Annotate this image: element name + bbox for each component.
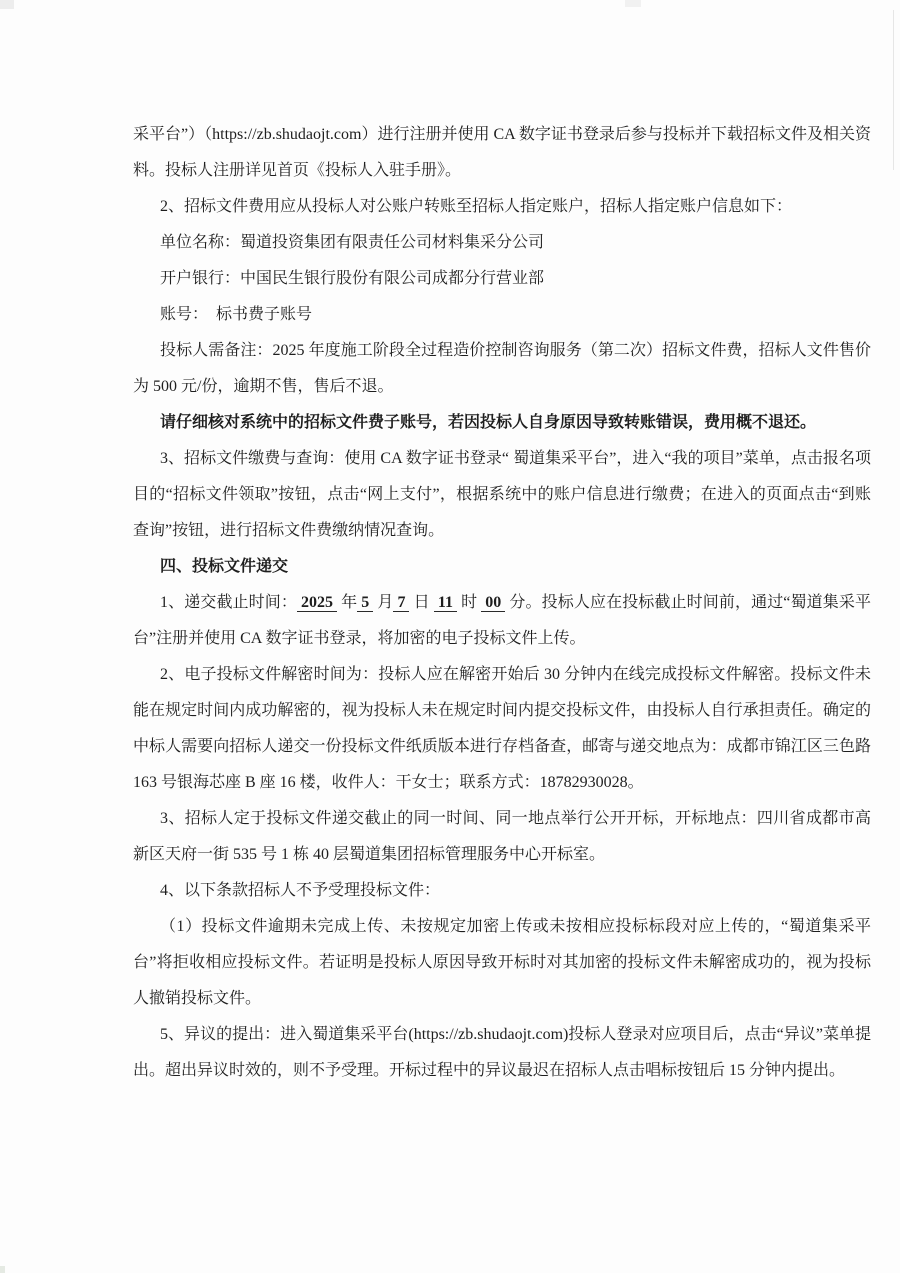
paragraph-rejection-clauses-heading: 4、以下条款招标人不予受理投标文件： [133, 873, 871, 909]
paragraph-bid-opening: 3、招标人定于投标文件递交截止的同一时间、同一地点举行公开开标，开标地点：四川省… [133, 801, 871, 873]
deadline-month-blank: 5 [357, 594, 373, 612]
scan-artifact-top-middle [625, 0, 641, 7]
line-unit-name: 单位名称：蜀道投资集团有限责任公司材料集采分公司 [133, 225, 871, 261]
deadline-text-run: 月 [373, 594, 393, 611]
deadline-text-run: 时 [457, 594, 481, 611]
deadline-year-blank: 2025 [297, 594, 337, 612]
scan-artifact-bottom-left [0, 1266, 5, 1273]
paragraph-payment-query: 3、招标文件缴费与查询：使用 CA 数字证书登录“ 蜀道集采平台”，进入“我的项… [133, 441, 871, 549]
heading-section-4: 四、投标文件递交 [133, 549, 871, 585]
scan-artifact-top-left [0, 0, 14, 9]
paragraph-fee-warning: 请仔细核对系统中的招标文件费子账号，若因投标人自身原因导致转账错误，费用概不退还… [133, 405, 871, 441]
deadline-text-run: 日 [409, 594, 433, 611]
deadline-text-run: 年 [337, 594, 357, 611]
document-body: 采平台”）（https://zb.shudaojt.com）进行注册并使用 CA… [133, 117, 871, 1089]
deadline-day-blank: 7 [393, 594, 409, 612]
deadline-minute-blank: 00 [481, 594, 505, 612]
line-account: 账号： 标书费子账号 [133, 297, 871, 333]
scanned-document-page: 采平台”）（https://zb.shudaojt.com）进行注册并使用 CA… [0, 0, 900, 1273]
paragraph-bidder-remark: 投标人需备注：2025 年度施工阶段全过程造价控制咨询服务（第二次）招标文件费，… [133, 333, 871, 405]
scan-artifact-right-edge [893, 10, 894, 170]
paragraph-rejection-clause-1: （1）投标文件逾期未完成上传、未按规定加密上传或未按相应投标标段对应上传的，“蜀… [133, 909, 871, 1017]
deadline-text-run: 1、递交截止时间： [160, 594, 297, 611]
paragraph-decrypt-time: 2、电子投标文件解密时间为：投标人应在解密开始后 30 分钟内在线完成投标文件解… [133, 657, 871, 801]
paragraph-registration-continuation: 采平台”）（https://zb.shudaojt.com）进行注册并使用 CA… [133, 117, 871, 189]
line-bank: 开户银行：中国民生银行股份有限公司成都分行营业部 [133, 261, 871, 297]
paragraph-fee-transfer: 2、招标文件费用应从投标人对公账户转账至招标人指定账户，招标人指定账户信息如下： [133, 189, 871, 225]
deadline-hour-blank: 11 [434, 594, 457, 612]
paragraph-submission-deadline: 1、递交截止时间：2025 年5 月7 日 11 时 00 分。投标人应在投标截… [133, 585, 871, 657]
paragraph-objection: 5、异议的提出：进入蜀道集采平台(https://zb.shudaojt.com… [133, 1017, 871, 1089]
